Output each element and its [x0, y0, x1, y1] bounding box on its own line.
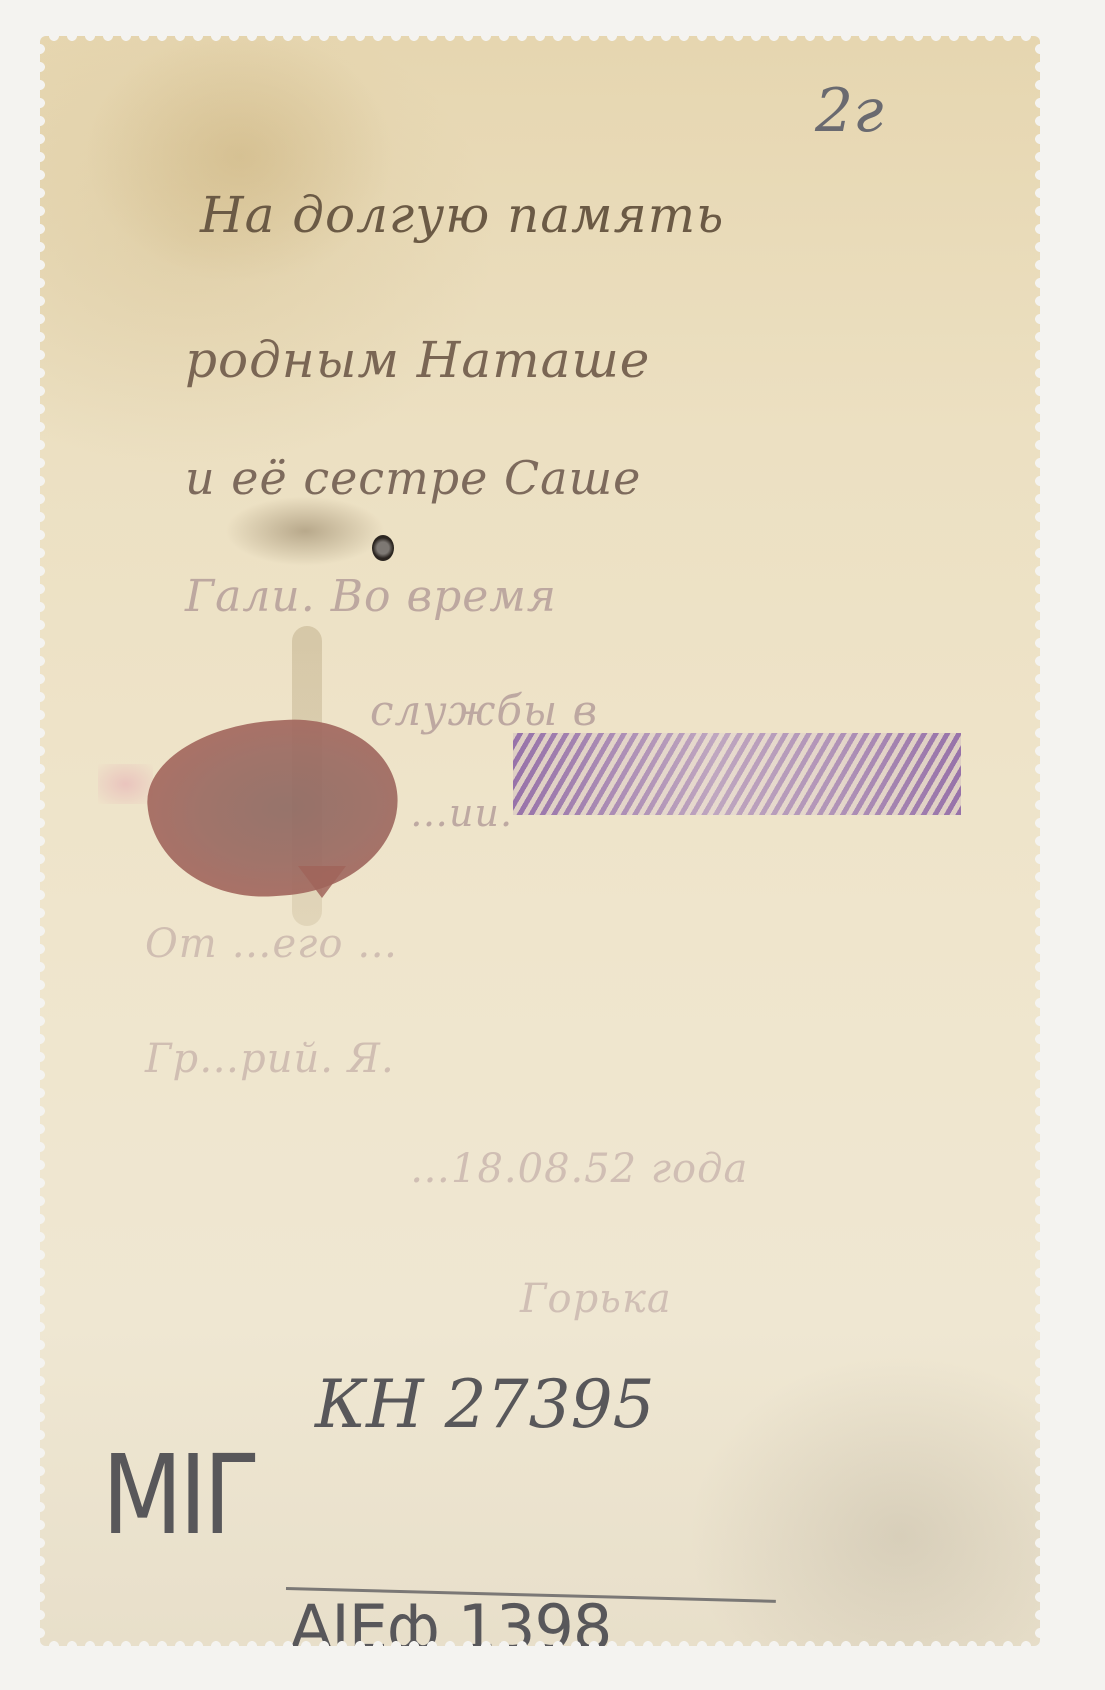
dedication-line-7: От …его …	[145, 921, 398, 967]
dedication-line-6: …ии.	[410, 791, 513, 835]
dedication-line-5: службы в	[370, 686, 598, 735]
dedication-line-2: родным Наташе	[185, 331, 650, 389]
red-stain	[142, 712, 404, 904]
dedication-signature: Горька	[520, 1276, 672, 1322]
censored-stamp-bar	[513, 733, 961, 815]
archive-collection-code: МІГ	[102, 1431, 257, 1559]
dedication-line-1: На долгую память	[200, 186, 724, 244]
dedication-line-4: Гали. Во время	[185, 571, 557, 622]
scanned-photo-back: 2г На долгую память родным Наташе и её с…	[0, 0, 1105, 1690]
photo-card: 2г На долгую память родным Наташе и её с…	[40, 36, 1040, 1646]
red-stain-tip	[298, 866, 346, 898]
dedication-line-3: и её сестре Саше	[185, 451, 641, 505]
dedication-line-8: Гр…рий. Я.	[145, 1036, 395, 1082]
water-stain	[225, 496, 385, 566]
pink-stain	[98, 764, 153, 804]
dedication-date: …18.08.52 года	[410, 1146, 748, 1192]
archive-fund-number: АІЕф 1398	[290, 1591, 611, 1664]
ink-blot	[372, 535, 394, 561]
corner-note: 2г	[815, 76, 884, 146]
archive-inventory-number: КН 27395	[315, 1366, 655, 1443]
